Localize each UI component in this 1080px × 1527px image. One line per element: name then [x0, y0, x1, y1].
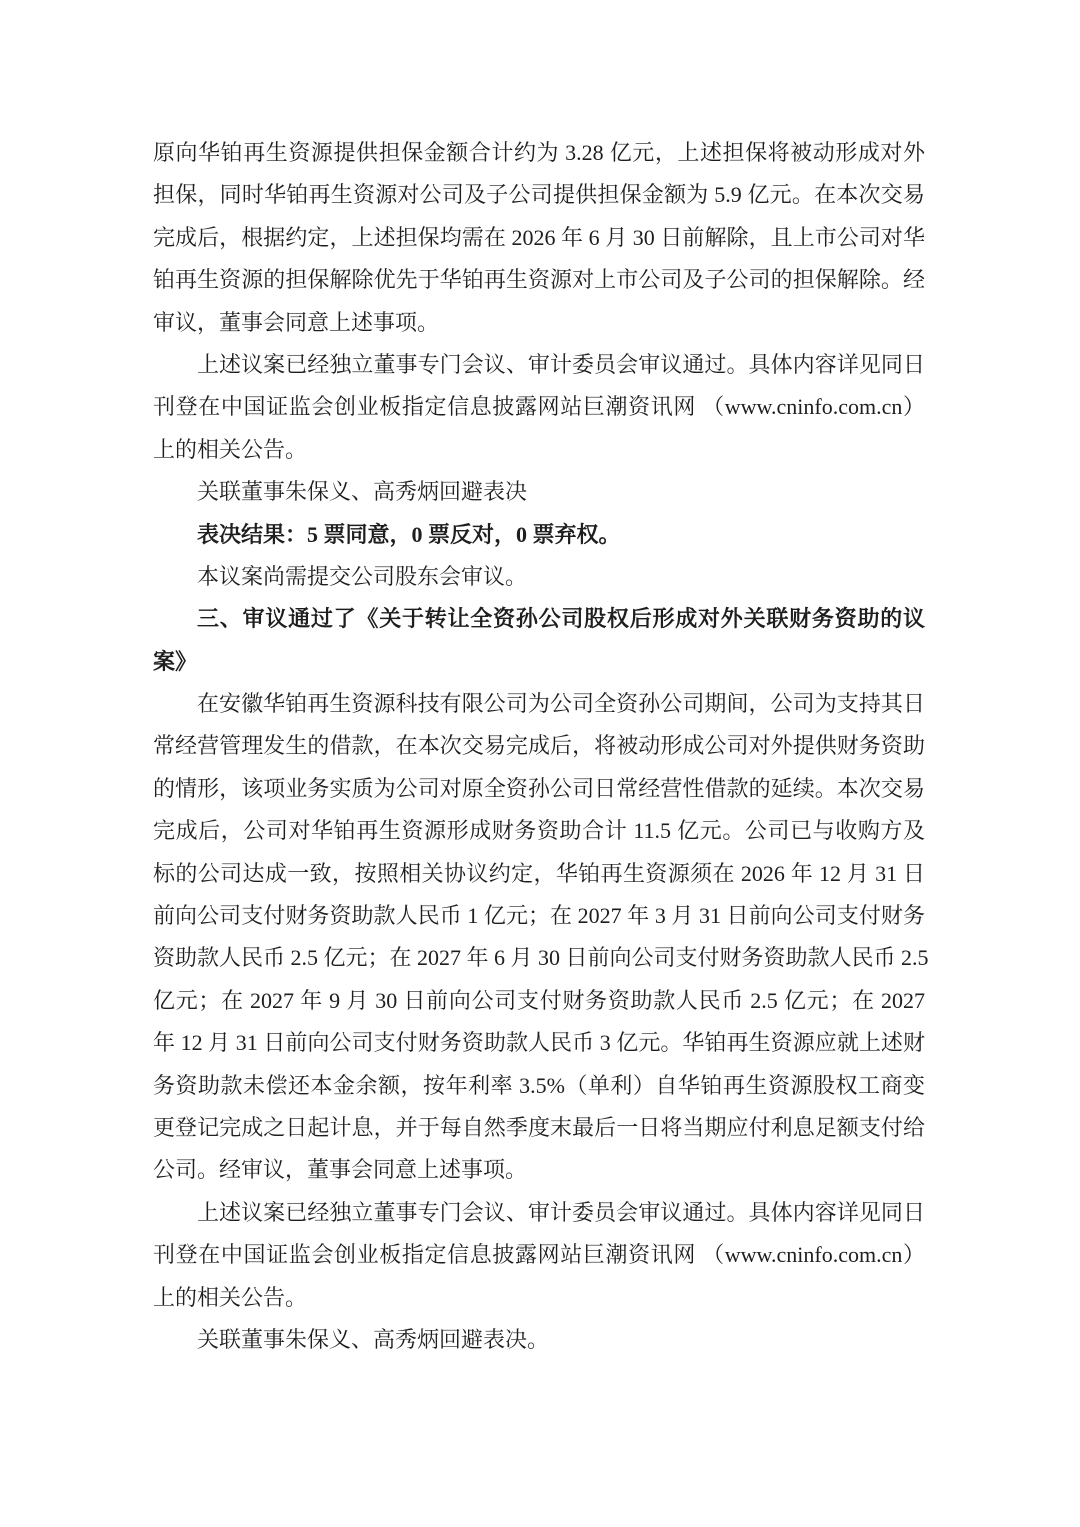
paragraph-guarantee-continuation: 原向华铂再生资源提供担保金额合计约为 3.28 亿元，上述担保将被动形成对外担保…	[153, 132, 925, 344]
text-line: 资助款人民币 2.5 亿元；在 2027 年 6 月 30 日前向公司支付财务资…	[153, 937, 925, 979]
text-line: 务资助款未偿还本金余额，按年利率 3.5%（单利）自华铂再生资源股权工商变	[153, 1065, 925, 1107]
text-line: 亿元；在 2027 年 9 月 30 日前向公司支付财务资助款人民币 2.5 亿…	[153, 980, 925, 1022]
document-content: 原向华铂再生资源提供担保金额合计约为 3.28 亿元，上述担保将被动形成对外担保…	[153, 132, 925, 1361]
text-line: 公司。经审议，董事会同意上述事项。	[153, 1149, 925, 1191]
document-page: 原向华铂再生资源提供担保金额合计约为 3.28 亿元，上述担保将被动形成对外担保…	[0, 0, 1080, 1527]
paragraph-vote-result: 表决结果：5 票同意，0 票反对，0 票弃权。	[153, 514, 925, 556]
text-line: 完成后，公司对华铂再生资源形成财务资助合计 11.5 亿元。公司已与收购方及	[153, 810, 925, 852]
heading-item-three: 三、审议通过了《关于转让全资孙公司股权后形成对外关联财务资助的议案》	[153, 598, 925, 683]
text-line: 刊登在中国证监会创业板指定信息披露网站巨潮资讯网 （www.cninfo.com…	[153, 1234, 925, 1276]
text-line: 常经营管理发生的借款，在本次交易完成后，将被动形成公司对外提供财务资助	[153, 725, 925, 767]
text-line: 上的相关公告。	[153, 429, 925, 471]
text-line: 刊登在中国证监会创业板指定信息披露网站巨潮资讯网 （www.cninfo.com…	[153, 386, 925, 428]
text-line: 三、审议通过了《关于转让全资孙公司股权后形成对外关联财务资助的议	[153, 598, 925, 640]
text-line: 关联董事朱保义、高秀炳回避表决	[153, 471, 925, 513]
text-line: 年 12 月 31 日前向公司支付财务资助款人民币 3 亿元。华铂再生资源应就上…	[153, 1022, 925, 1064]
paragraph-shareholder-review: 本议案尚需提交公司股东会审议。	[153, 556, 925, 598]
paragraph-abstain-directors-2: 关联董事朱保义、高秀炳回避表决。	[153, 1319, 925, 1361]
text-line: 关联董事朱保义、高秀炳回避表决。	[153, 1319, 925, 1361]
text-line: 标的公司达成一致，按照相关协议约定，华铂再生资源须在 2026 年 12 月 3…	[153, 853, 925, 895]
paragraph-disclosure-notice-2: 上述议案已经独立董事专门会议、审计委员会审议通过。具体内容详见同日刊登在中国证监…	[153, 1192, 925, 1319]
text-line: 表决结果：5 票同意，0 票反对，0 票弃权。	[153, 514, 925, 556]
paragraph-financial-assistance: 在安徽华铂再生资源科技有限公司为公司全资孙公司期间，公司为支持其日常经营管理发生…	[153, 683, 925, 1192]
text-line: 铂再生资源的担保解除优先于华铂再生资源对上市公司及子公司的担保解除。经	[153, 259, 925, 301]
text-line: 完成后，根据约定，上述担保均需在 2026 年 6 月 30 日前解除，且上市公…	[153, 217, 925, 259]
text-line: 原向华铂再生资源提供担保金额合计约为 3.28 亿元，上述担保将被动形成对外	[153, 132, 925, 174]
paragraph-abstain-directors-1: 关联董事朱保义、高秀炳回避表决	[153, 471, 925, 513]
paragraph-disclosure-notice-1: 上述议案已经独立董事专门会议、审计委员会审议通过。具体内容详见同日刊登在中国证监…	[153, 344, 925, 471]
text-line: 上述议案已经独立董事专门会议、审计委员会审议通过。具体内容详见同日	[153, 344, 925, 386]
text-line: 上的相关公告。	[153, 1277, 925, 1319]
text-line: 担保，同时华铂再生资源对公司及子公司提供担保金额为 5.9 亿元。在本次交易	[153, 174, 925, 216]
text-line: 案》	[153, 641, 925, 683]
text-line: 本议案尚需提交公司股东会审议。	[153, 556, 925, 598]
text-line: 前向公司支付财务资助款人民币 1 亿元；在 2027 年 3 月 31 日前向公…	[153, 895, 925, 937]
text-line: 上述议案已经独立董事专门会议、审计委员会审议通过。具体内容详见同日	[153, 1192, 925, 1234]
text-line: 的情形，该项业务实质为公司对原全资孙公司日常经营性借款的延续。本次交易	[153, 768, 925, 810]
text-line: 在安徽华铂再生资源科技有限公司为公司全资孙公司期间，公司为支持其日	[153, 683, 925, 725]
text-line: 审议，董事会同意上述事项。	[153, 302, 925, 344]
text-line: 更登记完成之日起计息，并于每自然季度末最后一日将当期应付利息足额支付给	[153, 1107, 925, 1149]
